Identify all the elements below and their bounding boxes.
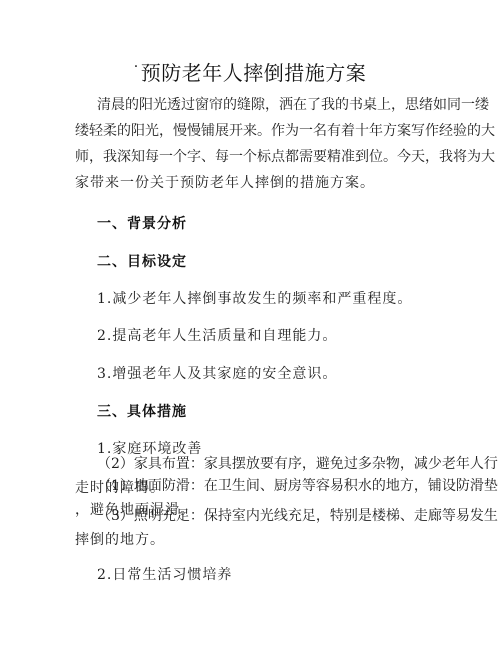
goal-item-2: 2.提高老年人生活质量和自理能力。 xyxy=(97,326,423,346)
section-heading-background: 一、背景分析 xyxy=(97,214,423,234)
section-heading-goals: 二、目标设定 xyxy=(97,252,423,272)
section-heading-measures: 三、具体措施 xyxy=(97,402,423,422)
intro-line-4: 家带来一份关于预防老年人摔倒的措施方案。 xyxy=(75,173,423,193)
document-page: ·预防老年人摔倒措施方案 清晨的阳光透过窗帘的缝隙，洒在了我的书桌上，思绪如同一… xyxy=(0,0,500,647)
title-marker: · xyxy=(134,60,139,74)
intro-line-3: 师，我深知每一个字、每一个标点都需要精准到位。今天，我将为大 xyxy=(75,147,423,167)
goal-item-3: 3.增强老年人及其家庭的安全意识。 xyxy=(97,364,423,384)
point-3-line-1: （3）照明充足：保持室内光线充足，特别是楼梯、走廊等易发生 xyxy=(97,506,423,526)
intro-line-1: 清晨的阳光透过窗帘的缝隙，洒在了我的书桌上，思绪如同一缕 xyxy=(97,95,423,115)
point-2-line-2: 走时的障碍。 xyxy=(75,478,423,498)
point-3-line-2: 摔倒的地方。 xyxy=(75,530,423,550)
subsection-daily-habits: 2.日常生活习惯培养 xyxy=(97,565,423,585)
document-title: ·预防老年人摔倒措施方案 xyxy=(0,60,500,86)
goal-item-1: 1.减少老年人摔倒事故发生的频率和严重程度。 xyxy=(97,289,423,309)
point-2-line-1: （2）家具布置：家具摆放要有序，避免过多杂物，减少老年人行 xyxy=(97,454,423,474)
title-text: 预防老年人摔倒措施方案 xyxy=(141,61,367,85)
intro-line-2: 缕轻柔的阳光，慢慢铺展开来。作为一名有着十年方案写作经验的大 xyxy=(75,121,423,141)
